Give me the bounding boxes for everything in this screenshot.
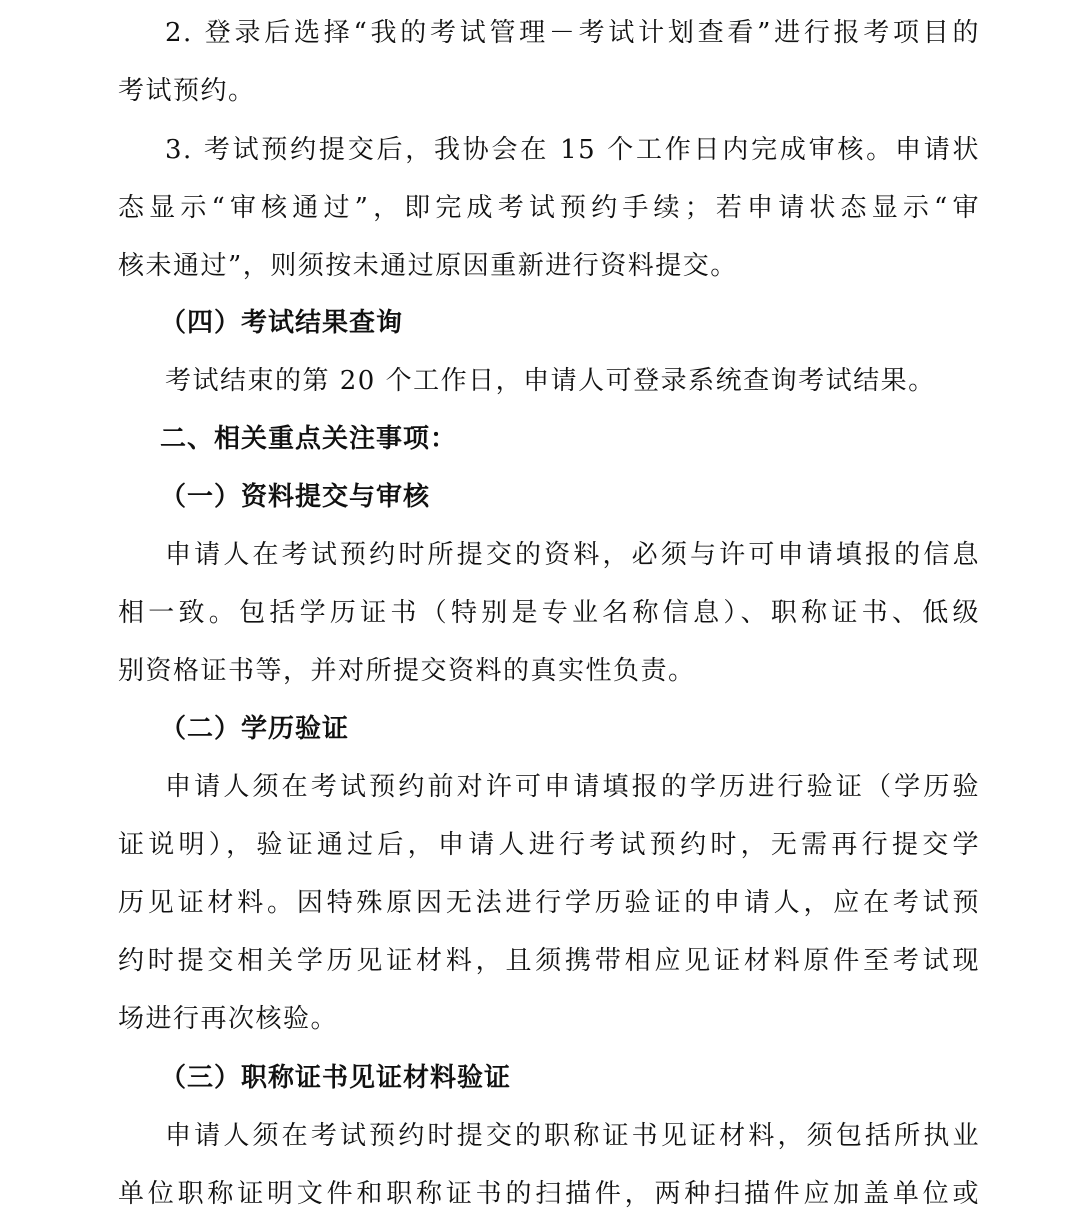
subsection-a-line-2: 相一致。包括学历证书（特别是专业名称信息）、职称证书、低级	[118, 593, 980, 633]
step-3-line-3: 核未通过”，则须按未通过原因重新进行资料提交。	[118, 246, 980, 286]
subsection-4-title: （四）考试结果查询	[160, 303, 1022, 343]
subsection-b-line-2: 证说明），验证通过后，申请人进行考试预约时，无需再行提交学	[118, 825, 980, 865]
step-2-line-2: 考试预约。	[118, 71, 980, 111]
step-2-line-1: 2. 登录后选择“我的考试管理－考试计划查看”进行报考项目的	[165, 13, 980, 53]
subsection-c-line-2: 单位职称证明文件和职称证书的扫描件，两种扫描件应加盖单位或	[118, 1174, 980, 1214]
step-3-line-1: 3. 考试预约提交后，我协会在 15 个工作日内完成审核。申请状	[165, 130, 980, 170]
subsection-a-title: （一）资料提交与审核	[160, 477, 1022, 517]
subsection-b-line-1: 申请人须在考试预约前对许可申请填报的学历进行验证（学历验	[165, 767, 980, 807]
step-3-line-2: 态显示“审核通过”，即完成考试预约手续；若申请状态显示“审	[118, 188, 980, 228]
subsection-c-line-1: 申请人须在考试预约时提交的职称证书见证材料，须包括所执业	[165, 1116, 980, 1156]
subsection-a-line-1: 申请人在考试预约时所提交的资料，必须与许可申请填报的信息	[165, 535, 980, 575]
subsection-c-title: （三）职称证书见证材料验证	[160, 1058, 1022, 1098]
subsection-b-title: （二）学历验证	[160, 709, 1022, 749]
subsection-b-line-4: 约时提交相关学历见证材料，且须携带相应见证材料原件至考试现	[118, 941, 980, 981]
subsection-a-line-3: 别资格证书等，并对所提交资料的真实性负责。	[118, 651, 980, 691]
subsection-b-line-3: 历见证材料。因特殊原因无法进行学历验证的申请人，应在考试预	[118, 883, 980, 923]
subsection-4-text: 考试结束的第 20 个工作日，申请人可登录系统查询考试结果。	[165, 361, 980, 401]
document-page: 2. 登录后选择“我的考试管理－考试计划查看”进行报考项目的 考试预约。 3. …	[0, 0, 1088, 1224]
subsection-b-line-5: 场进行再次核验。	[118, 999, 980, 1039]
section-2-title: 二、相关重点关注事项：	[160, 419, 1022, 459]
